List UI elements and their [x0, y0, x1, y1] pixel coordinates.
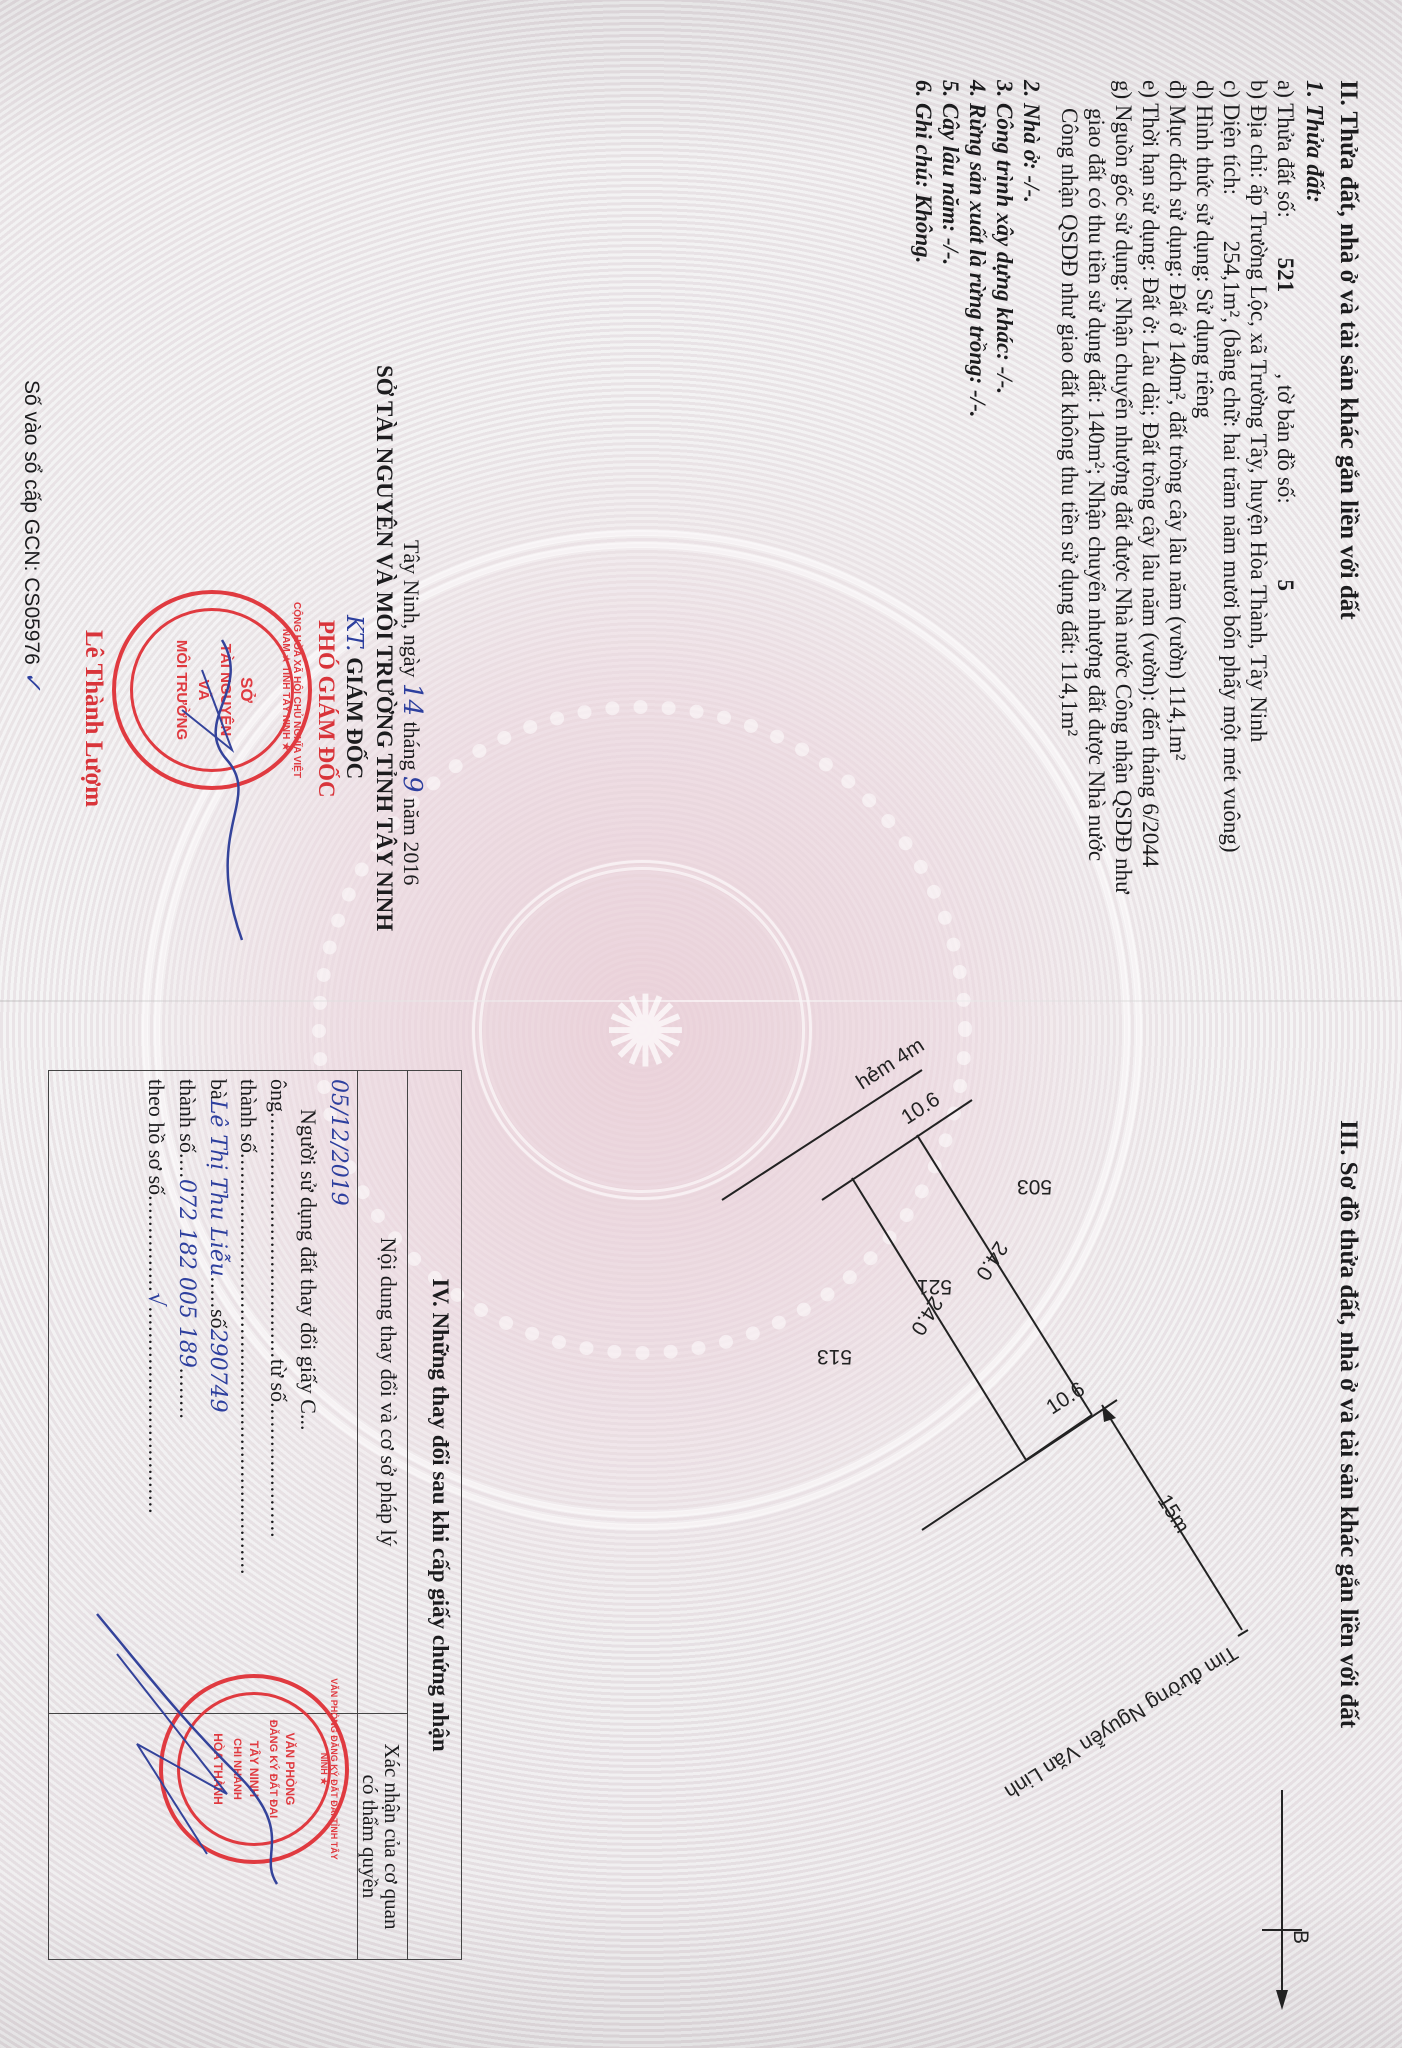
registry-label: Số vào sổ cấp GCN:	[20, 380, 43, 571]
section-4-title: IV. Những thay đổi sau khi cấp giấy chứn…	[408, 1071, 462, 1960]
north-arrow-icon	[1276, 1990, 1288, 2010]
land-office-seal-outer: VĂN PHÒNG ĐĂNG KÝ ĐẤT ĐAI TỈNH TÂY NINH …	[318, 1678, 339, 1860]
entry-line-6-label: theo hồ sơ số	[144, 1079, 169, 1195]
section-2-title: II. Thửa đất, nhà ở và tài sản khác gắn …	[1334, 80, 1362, 620]
col-changes-header: Nội dung thay đổi và cơ sở pháp lý	[358, 1071, 408, 1714]
usage-form: d) Hình thức sử dụng: Sử dụng riêng	[1191, 80, 1217, 418]
alley-inner-line	[822, 1100, 972, 1200]
area-label: c) Diện tích:	[1219, 80, 1244, 195]
issue-month: 9	[397, 776, 427, 793]
entry-line-4-label: bà	[206, 1079, 231, 1100]
parcel-label-521: 521	[917, 1275, 952, 1298]
north-label: B	[1289, 1930, 1312, 1944]
map-sheet-number: 5	[1272, 579, 1298, 591]
parcel-number: 521	[1272, 258, 1298, 368]
house-item: 2. Nhà ở: -/-.	[1018, 80, 1044, 203]
side-bottom-length: 24.0	[906, 1292, 947, 1339]
map-sheet-label: , tờ bản đồ số:	[1273, 373, 1298, 503]
approval-cell: VĂN PHÒNG ĐĂNG KÝ ĐẤT ĐAI TỈNH TÂY NINH …	[49, 1714, 358, 1960]
perennial-trees-item: 5. Cây lâu năm: -/-.	[937, 80, 963, 265]
issue-day: 14	[397, 683, 427, 716]
area-row: c) Diện tích: 254,1m², (bằng chữ: hai tr…	[1218, 80, 1244, 853]
planted-forest-item: 4. Rừng sản xuất là rừng trồng: -/-.	[964, 80, 990, 418]
neighbor-503: 503	[1017, 1175, 1052, 1198]
registry-row: Số vào sổ cấp GCN: CS05976 ✓	[19, 380, 47, 691]
new-owner-name: Lê Thị Thu Liễu	[205, 1100, 230, 1277]
alley-label: hẻm 4m	[852, 1034, 928, 1095]
entry-date: 05/12/2019	[323, 1079, 353, 1705]
col-approval-header-1: Xác nhận của cơ quan	[381, 1715, 403, 1958]
month-label: tháng	[399, 722, 424, 771]
entry-line-3-label: thành số	[236, 1079, 261, 1153]
signer-role: KT. GIÁM ĐỐC	[341, 615, 367, 779]
alley-outer-line	[722, 1070, 922, 1200]
entry-line-4-mid: số	[206, 1309, 231, 1329]
usage-term: e) Thời hạn sử dụng: Đất ở: Lâu dài; Đất…	[1137, 80, 1163, 867]
registry-number: CS05976	[20, 577, 43, 665]
new-cert-number: 072 182 005 189	[174, 1179, 199, 1368]
issuing-agency: SỞ TÀI NGUYÊN VÀ MÔI TRƯỜNG TỈNH TÂY NIN…	[371, 365, 397, 931]
col-approval-header: Xác nhận của cơ quan có thẩm quyền	[358, 1714, 408, 1960]
road-centerline-label: Tim đường Nguyễn Văn Linh	[1000, 1641, 1241, 1804]
registry-initial: ✓	[19, 671, 47, 691]
notes-item: 6. Ghi chú: Không.	[910, 80, 936, 263]
neighbor-513: 513	[817, 1345, 852, 1368]
parcel-top-side	[917, 1135, 1092, 1415]
side-front-length: 10.6	[1042, 1378, 1089, 1420]
director-title: GIÁM ĐỐC	[342, 657, 367, 779]
place-date-prefix: Tây Ninh, ngày	[399, 540, 424, 677]
road-frontage-line	[922, 1400, 1117, 1530]
land-certificate-sheet: ✺ II. Thửa đất, nhà ở và tài sản khác gắ…	[0, 0, 1402, 2048]
director-signature	[122, 630, 262, 950]
col-approval-header-2: có thẩm quyền	[359, 1715, 381, 1958]
year-label: năm 2016	[399, 798, 424, 885]
area-value: 254,1m², (bằng chữ: hai trăm năm mươi bố…	[1219, 241, 1244, 853]
other-construction-item: 3. Công trình xây dựng khác: -/-.	[991, 80, 1017, 394]
entry-line-1: Người sử dụng đất thay đổi giấy C...	[293, 1079, 323, 1705]
ministry-seal-outer-text: CỘNG HÒA XÃ HỘI CHỦ NGHĨA VIỆT NAM ★ TỈN…	[280, 594, 302, 786]
place-date: Tây Ninh, ngày 14 tháng 9 năm 2016	[397, 540, 427, 885]
usage-origin-2: giao đất có thu tiền sử dụng đất: 140m²;…	[1083, 108, 1109, 861]
old-cert-number: 290749	[205, 1329, 230, 1413]
entry-line-5-label: thành số	[175, 1079, 200, 1153]
entry-line-2-label: ông	[266, 1079, 291, 1112]
section-2-land-info: II. Thửa đất, nhà ở và tài sản khác gắn …	[22, 30, 1382, 1010]
section-3-and-4: III. Sơ đồ thửa đất, nhà ở và tài sản kh…	[22, 1030, 1382, 2030]
parcel-number-label: a) Thửa đất số:	[1273, 80, 1298, 218]
parcel-heading: 1. Thửa đất:	[1300, 80, 1327, 203]
kt-mark: KT.	[341, 615, 367, 651]
usage-origin-1: g) Nguồn gốc sử dụng: Nhận chuyển nhượng…	[1110, 80, 1136, 894]
parcel-sketch: 521 503 513 24.0 24.0 10.6 10.6 hẻm 4m 1…	[682, 1030, 1382, 2030]
changes-table: IV. Những thay đổi sau khi cấp giấy chứn…	[48, 1070, 462, 1960]
parcel-number-row: a) Thửa đất số: 521 , tờ bản đồ số: 5	[1272, 80, 1298, 591]
address: b) Địa chỉ: ấp Trường Lộc, xã Trường Tây…	[1245, 80, 1271, 742]
setback-arrow-icon	[1102, 1405, 1116, 1422]
signer-name: Lê Thành Lượm	[79, 630, 107, 807]
approval-signature	[77, 1594, 297, 1894]
usage-origin-3: Công nhận QSDĐ như giao đất không thu ti…	[1056, 108, 1082, 736]
usage-purpose: đ) Mục đích sử dụng: Đất ở 140m², đất tr…	[1164, 80, 1190, 761]
entry-line-2-mid: từ số	[266, 1359, 291, 1402]
deputy-director-title: PHÓ GIÁM ĐỐC	[313, 620, 339, 798]
